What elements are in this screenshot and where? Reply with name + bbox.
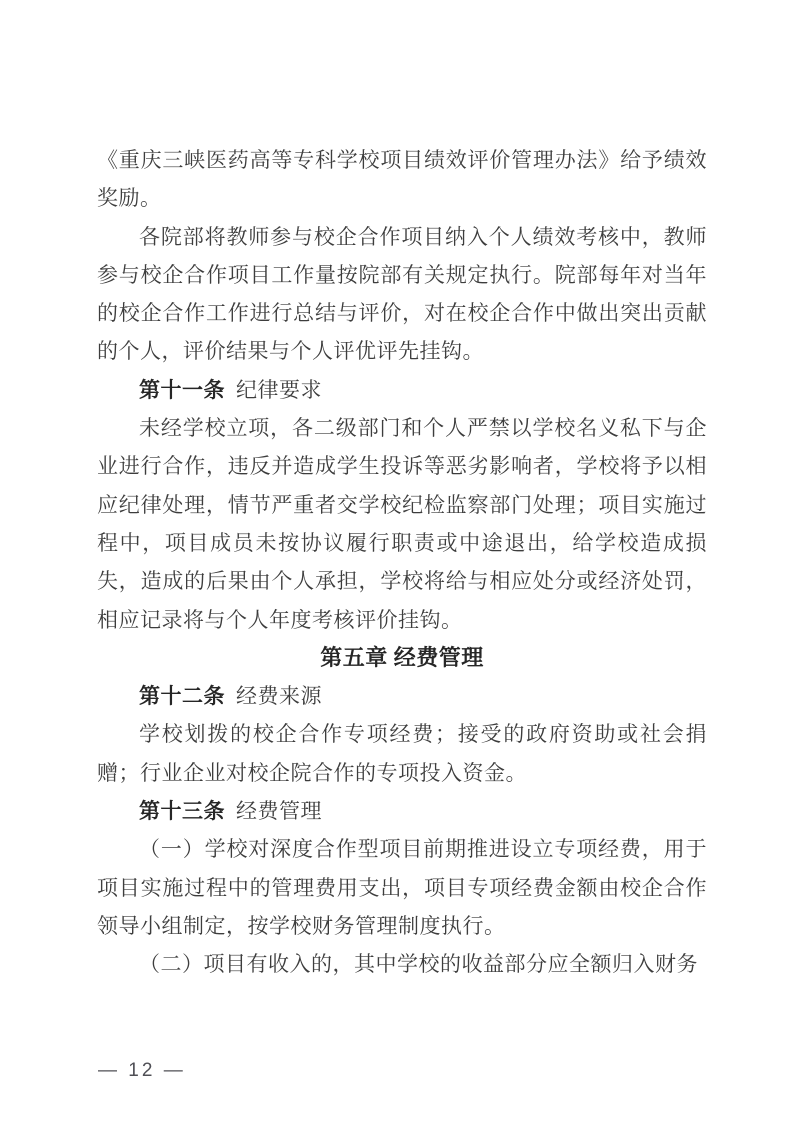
article-heading: 第十一条 纪律要求 <box>97 371 707 409</box>
article-heading: 第十三条 经费管理 <box>97 792 707 830</box>
paragraph: 未经学校立项，各二级部门和个人严禁以学校名义私下与企业进行合作，违反并造成学生投… <box>97 409 707 639</box>
paragraph: （一）学校对深度合作型项目前期推进设立专项经费，用于项目实施过程中的管理费用支出… <box>97 830 707 945</box>
article-title: 纪律要求 <box>225 378 322 402</box>
paragraph: 《重庆三峡医药高等专科学校项目绩效评价管理办法》给予绩效奖励。 <box>97 141 707 218</box>
chapter-heading: 第五章 经费管理 <box>97 639 707 677</box>
document-body: 《重庆三峡医药高等专科学校项目绩效评价管理办法》给予绩效奖励。各院部将教师参与校… <box>97 141 707 984</box>
document-page: 《重庆三峡医药高等专科学校项目绩效评价管理办法》给予绩效奖励。各院部将教师参与校… <box>0 0 794 1123</box>
article-heading: 第十二条 经费来源 <box>97 677 707 715</box>
article-title: 经费管理 <box>225 799 322 823</box>
paragraph: 各院部将教师参与校企合作项目纳入个人绩效考核中，教师参与校企合作项目工作量按院部… <box>97 218 707 371</box>
paragraph: （二）项目有收入的，其中学校的收益部分应全额归入财务 <box>97 945 707 983</box>
article-title: 经费来源 <box>225 684 322 708</box>
article-number: 第十一条 <box>139 378 225 402</box>
article-number: 第十三条 <box>139 799 225 823</box>
page-number: — 12 — <box>98 1060 186 1082</box>
article-number: 第十二条 <box>139 684 225 708</box>
paragraph: 学校划拨的校企合作专项经费；接受的政府资助或社会捐赠；行业企业对校企院合作的专项… <box>97 715 707 792</box>
